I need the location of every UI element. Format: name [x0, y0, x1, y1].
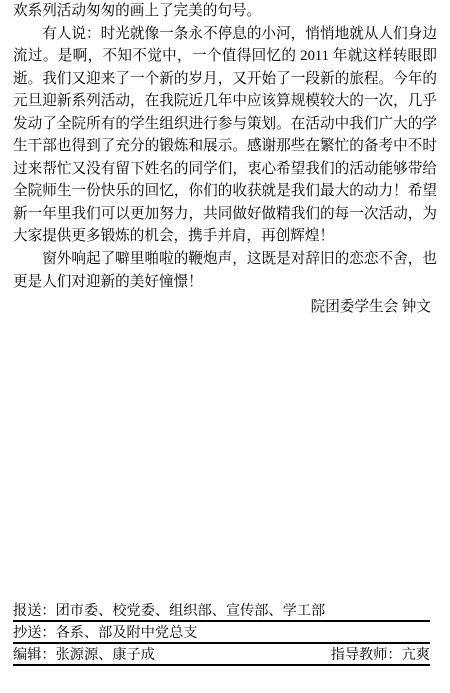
footer-cc-text: 抄送：各系、部及附中党总支 — [13, 624, 197, 642]
paragraph-main: 有人说：时光就像一条永不停息的小河，悄悄地就从人们身边流过。是啊，不知不觉中，一… — [13, 23, 437, 248]
signature-line: 院团委学生会 钟文 — [13, 296, 437, 319]
footer-editor-text: 编辑：张源源、康子成 — [13, 646, 155, 664]
footer-cc-row: 抄送：各系、部及附中党总支 — [13, 626, 430, 644]
footer-editor-row: 编辑：张源源、康子成 指导教师：亢爽 — [13, 648, 430, 666]
paragraph-closing: 窗外响起了噼里啪啦的鞭炮声，这既是对辞旧的恋恋不舍，也更是人们对迎新的美好憧憬！ — [13, 248, 437, 293]
paragraph-continuation: 欢系列活动匆匆的画上了完美的句号。 — [13, 0, 437, 23]
body-text: 欢系列活动匆匆的画上了完美的句号。 有人说：时光就像一条永不停息的小河，悄悄地就… — [13, 0, 437, 319]
footer-advisor-text: 指导教师：亢爽 — [331, 646, 430, 664]
footer-report-text: 报送：团市委、校党委、组织部、宣传部、学工部 — [13, 602, 325, 620]
document-page: 欢系列活动匆匆的画上了完美的句号。 有人说：时光就像一条永不停息的小河，悄悄地就… — [0, 0, 450, 693]
footer-report-row: 报送：团市委、校党委、组织部、宣传部、学工部 — [13, 604, 430, 622]
document-footer: 报送：团市委、校党委、组织部、宣传部、学工部 抄送：各系、部及附中党总支 编辑：… — [13, 604, 430, 670]
